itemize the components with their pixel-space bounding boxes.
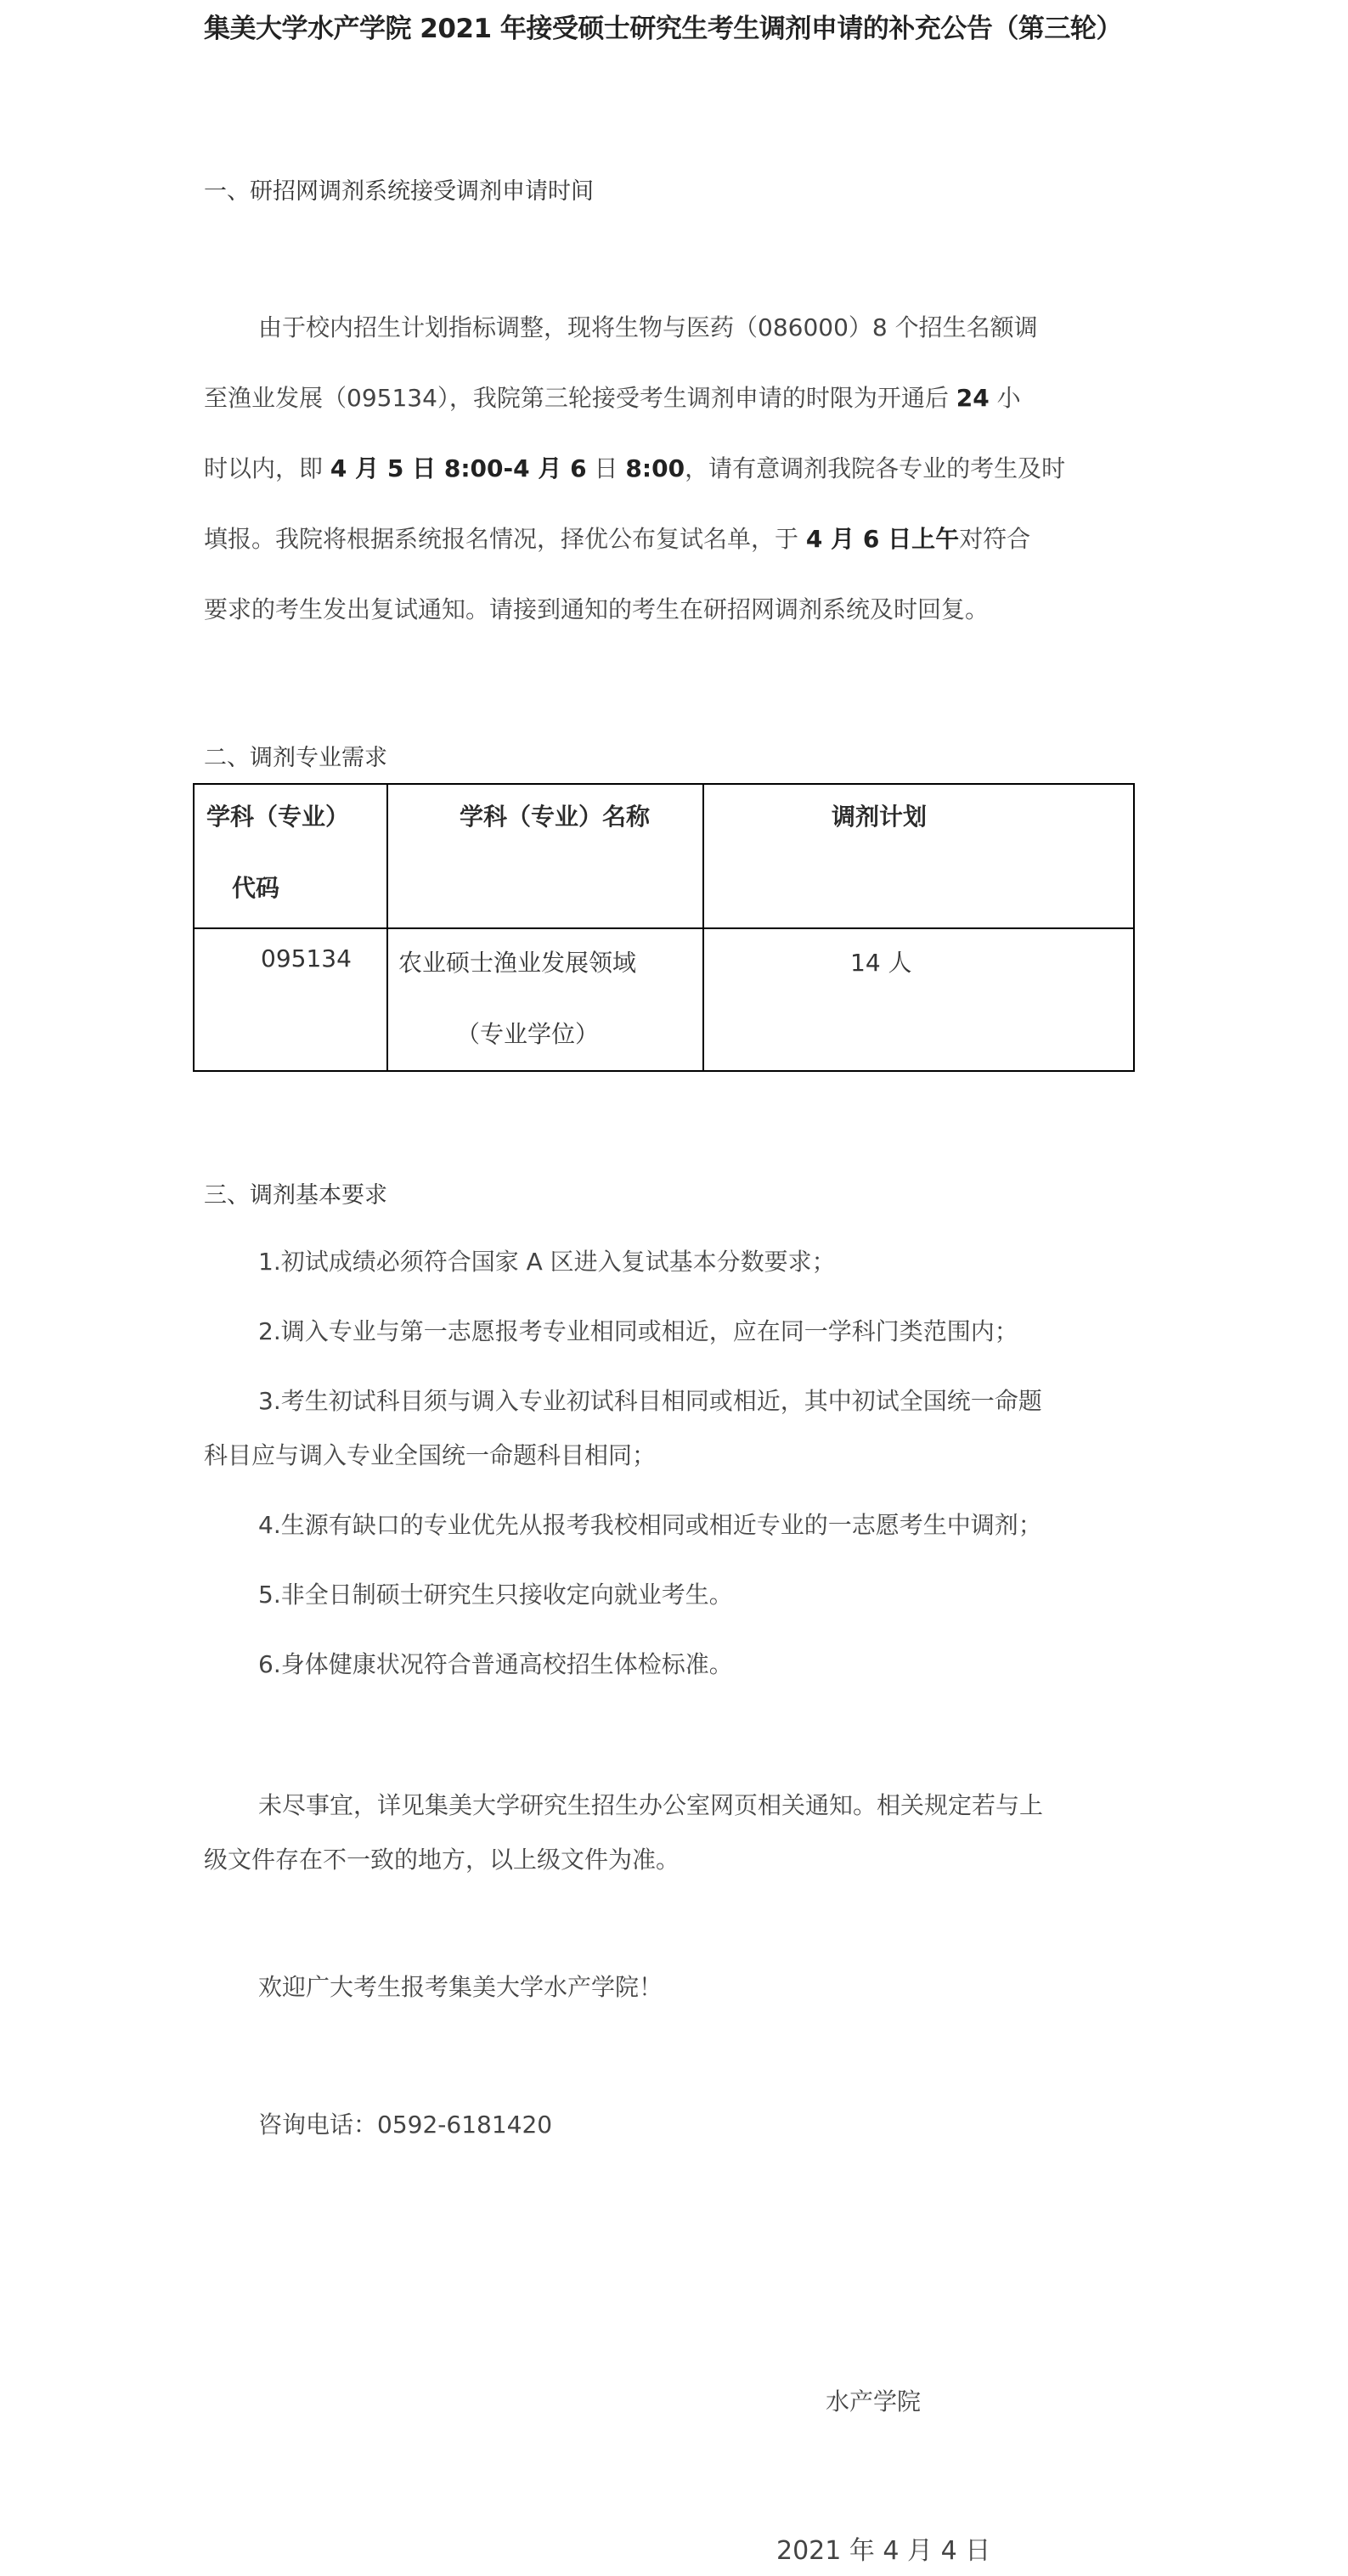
table-row: 095134 农业硕士渔业发展领域 （专业学位） 14 人 [194, 928, 1134, 1071]
body-text: 要求的考生发出复试通知。请接到通知的考生在研招网调剂系统及时回复。 [204, 595, 989, 623]
notes-line-2: 级文件存在不一致的地方，以上级文件为准。 [204, 1843, 680, 1877]
cell-plan: 14 人 [703, 928, 1134, 1071]
requirement-item-3-cont: 科目应与调入专业全国统一命题科目相同； [204, 1439, 656, 1473]
header-code-line1: 学科（专业） [206, 798, 349, 832]
requirement-item-4: 4.生源有缺口的专业优先从报考我校相同或相近专业的一志愿考生中调剂； [258, 1508, 1042, 1542]
cell-plan-value: 14 人 [850, 944, 912, 978]
header-code: 学科（专业） 代码 [194, 784, 387, 928]
cell-name-line2: （专业学位） [456, 1016, 599, 1050]
section1-line-4: 填报。我院将根据系统报名情况，择优公布复试名单，于 4 月 6 日上午对符合 [204, 522, 1030, 556]
section3-heading: 三、调剂基本要求 [204, 1176, 387, 1209]
requirement-item-2: 2.调入专业与第一志愿报考专业相同或相近，应在同一学科门类范围内； [258, 1315, 1018, 1349]
emphasis-text: 24 [956, 384, 990, 412]
emphasis-text: 4 月 6 日上午 [806, 525, 959, 553]
body-text: 小 [990, 384, 1021, 412]
section1-line-1: 由于校内招生计划指标调整，现将生物与医药（086000）8 个招生名额调 [258, 311, 1038, 345]
header-code-line2: 代码 [232, 870, 279, 904]
cell-code: 095134 [194, 928, 387, 1071]
contact-line: 咨询电话：0592-6181420 [258, 2108, 552, 2142]
requirement-item-5: 5.非全日制硕士研究生只接收定向就业考生。 [258, 1578, 733, 1612]
signature-org: 水产学院 [826, 2385, 921, 2419]
requirement-item-1: 1.初试成绩必须符合国家 A 区进入复试基本分数要求； [258, 1245, 836, 1279]
body-text: ，请有意调剂我院各专业的考生及时 [685, 454, 1065, 482]
section2-heading: 二、调剂专业需求 [204, 739, 387, 772]
page-title: 集美大学水产学院 2021 年接受硕士研究生考生调剂申请的补充公告（第三轮） [204, 7, 1122, 45]
body-text: 至渔业发展（095134），我院第三轮接受考生调剂申请的时限为开通后 [204, 384, 956, 412]
body-text: 时以内，即 [204, 454, 330, 482]
signature-date: 2021 年 4 月 4 日 [776, 2534, 990, 2568]
cell-code-value: 095134 [261, 944, 352, 972]
section1-heading: 一、研招网调剂系统接受调剂申请时间 [204, 172, 594, 206]
contact-phone: 0592-6181420 [377, 2111, 552, 2139]
notes-line-1: 未尽事宜，详见集美大学研究生招生办公室网页相关通知。相关规定若与上 [258, 1789, 1043, 1823]
header-plan-label: 调剂计划 [832, 798, 927, 832]
requirements-table: 学科（专业） 代码 学科（专业）名称 调剂计划 095134 农业硕士渔业发展领… [193, 783, 1135, 1072]
header-name: 学科（专业）名称 [387, 784, 703, 928]
requirement-item-6: 6.身体健康状况符合普通高校招生体检标准。 [258, 1648, 733, 1682]
cell-name: 农业硕士渔业发展领域 （专业学位） [387, 928, 703, 1071]
welcome-text: 欢迎广大考生报考集美大学水产学院！ [258, 1970, 663, 2004]
section1-line-3: 时以内，即 4 月 5 日 8:00-4 月 6 日 8:00，请有意调剂我院各… [204, 452, 1065, 486]
emphasis-text: 8:00 [625, 454, 685, 482]
body-text: 日 [587, 454, 626, 482]
header-plan: 调剂计划 [703, 784, 1134, 928]
contact-label: 咨询电话： [258, 2111, 377, 2139]
cell-name-line1: 农业硕士渔业发展领域 [398, 944, 636, 978]
body-text: 填报。我院将根据系统报名情况，择优公布复试名单，于 [204, 525, 806, 553]
body-text: 对符合 [959, 525, 1030, 553]
section1-line-2: 至渔业发展（095134），我院第三轮接受考生调剂申请的时限为开通后 24 小 [204, 381, 1021, 415]
section1-line-5: 要求的考生发出复试通知。请接到通知的考生在研招网调剂系统及时回复。 [204, 593, 989, 627]
emphasis-text: 4 月 5 日 8:00-4 月 6 [330, 454, 587, 482]
requirement-item-3: 3.考生初试科目须与调入专业初试科目相同或相近，其中初试全国统一命题 [258, 1384, 1042, 1418]
table-header-row: 学科（专业） 代码 学科（专业）名称 调剂计划 [194, 784, 1134, 928]
body-text: 由于校内招生计划指标调整，现将生物与医药（086000）8 个招生名额调 [258, 313, 1038, 341]
header-name-label: 学科（专业）名称 [460, 798, 650, 832]
